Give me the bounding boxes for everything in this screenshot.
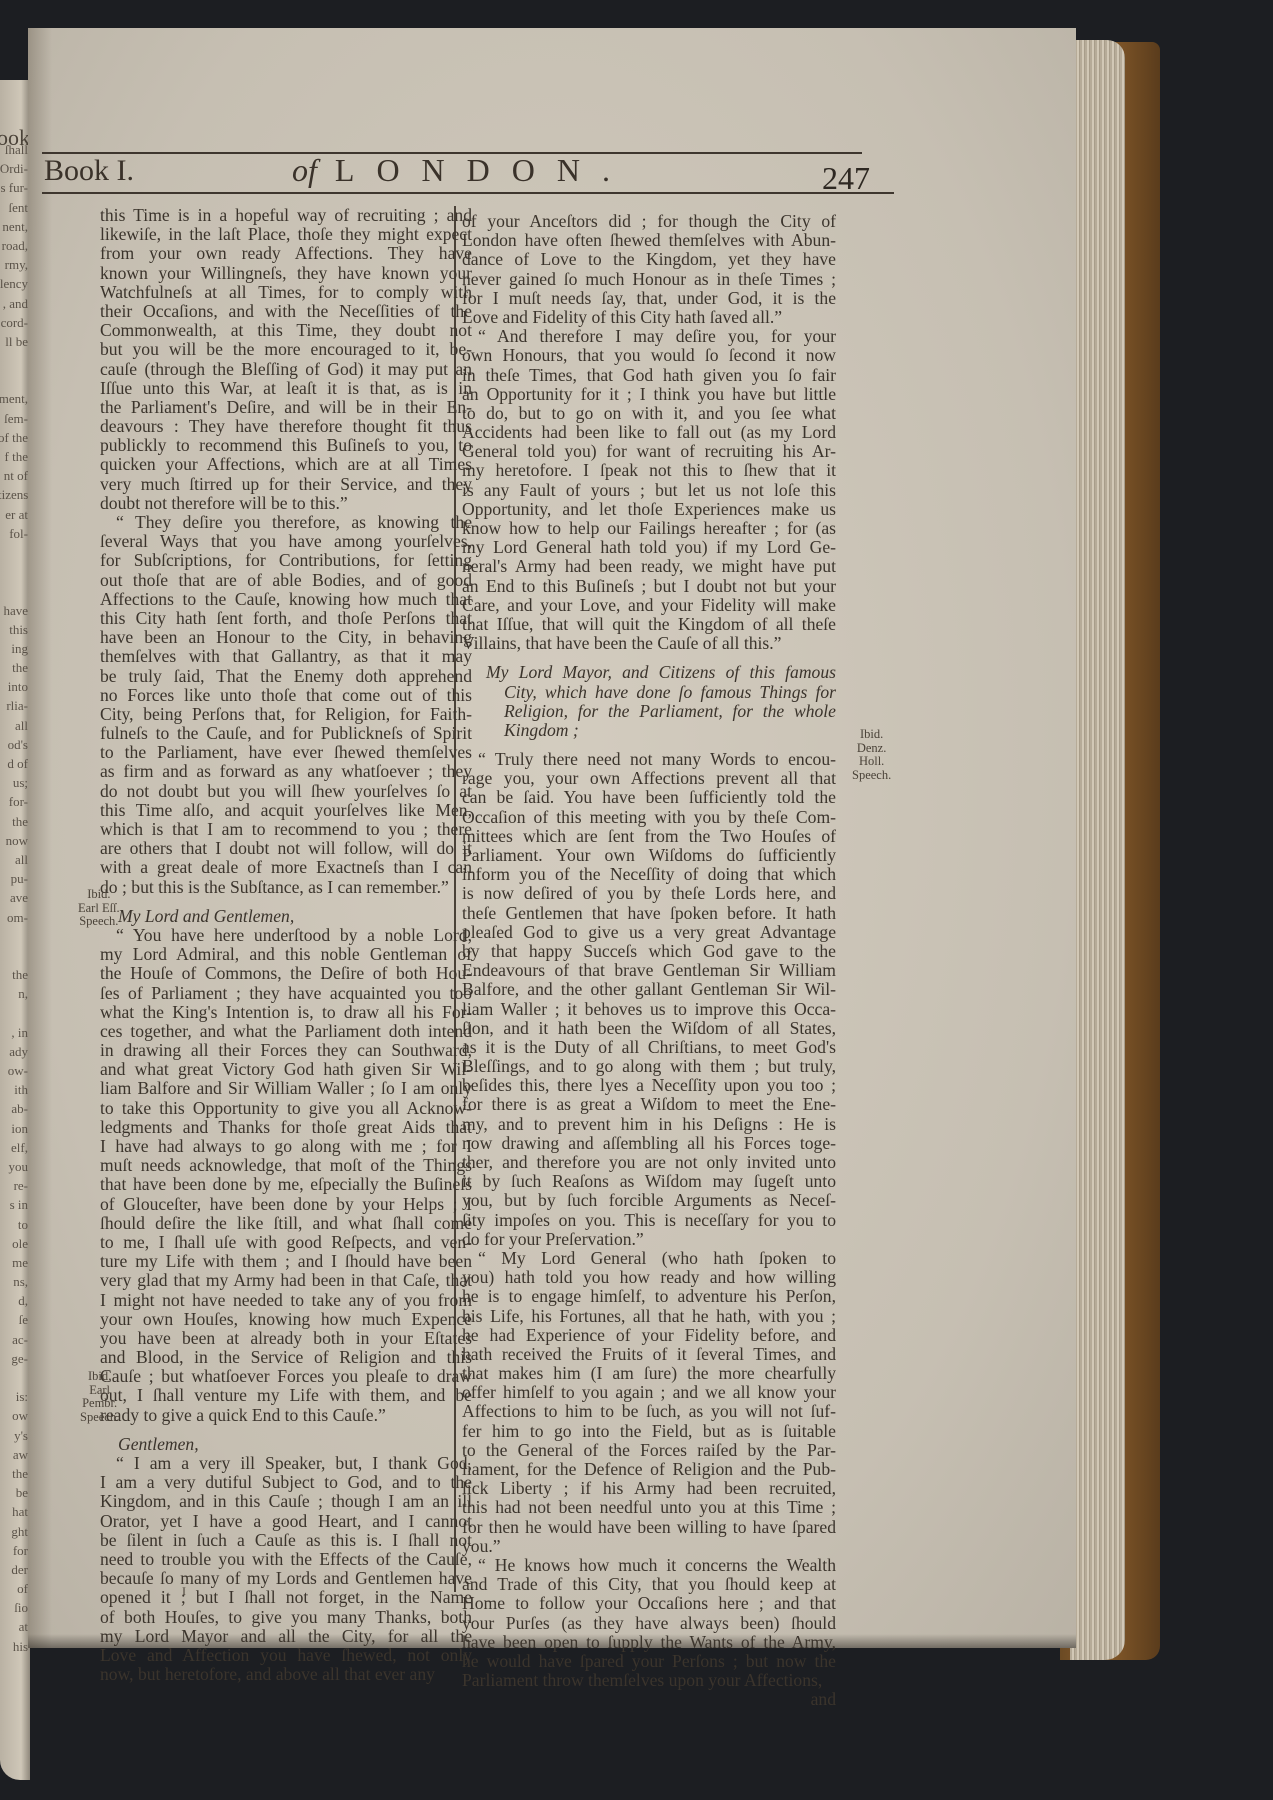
text-line: Orator, yet I have a good Heart, and I c… <box>100 1512 472 1531</box>
previous-page-line: hat <box>0 1502 28 1521</box>
previous-page-line: ady <box>0 1042 28 1061</box>
previous-page-line: fol- <box>0 524 28 543</box>
text-line: publickly to recommend this Buſineſs to … <box>100 436 472 455</box>
text-line: ſes of Parliament ; they have acquainted… <box>100 984 472 1003</box>
text-line: need to trouble you with the Effects of … <box>100 1550 472 1569</box>
previous-page-line: ſem- <box>0 409 28 428</box>
paragraph: this Time is in a hopeful way of recruit… <box>100 206 472 513</box>
text-line: that Iſſue, that will quit the Kingdom o… <box>462 615 836 634</box>
text-line: “ My Lord General (who hath ſpoken to <box>462 1249 836 1268</box>
paragraph: “ I am a very ill Speaker, but, I thank … <box>100 1454 472 1684</box>
text-line: ture my Life with them ; and I ſhould ha… <box>100 1252 472 1271</box>
text-line: of both Houſes, to give you many Thanks,… <box>100 1608 472 1627</box>
text-line: doubt not therefore will be to this.” <box>100 494 472 513</box>
previous-page-line: ow- <box>0 1061 28 1080</box>
text-line: in theſe Times, that God hath given you … <box>462 366 836 385</box>
text-line: Cauſe ; but whatſoever Forces you pleaſe… <box>100 1367 472 1386</box>
text-line: Religion, for the Parliament, for the wh… <box>486 702 836 721</box>
previous-page-line: at <box>0 1617 28 1636</box>
previous-page-line: ow <box>0 1406 28 1425</box>
text-line: theſe Gentlemen that have ſpoken before.… <box>462 904 836 923</box>
previous-page-line: re- <box>0 1176 28 1195</box>
text-line: quicken your Affections, which are at al… <box>100 455 472 474</box>
text-line: ſeveral Ways that you have among yourſel… <box>100 532 472 551</box>
previous-page-line <box>0 351 28 370</box>
previous-page-line: ion <box>0 1119 28 1138</box>
text-line: Care, and your Love, and your Fidelity w… <box>462 596 836 615</box>
text-line: I might not have needed to take any of y… <box>100 1291 472 1310</box>
previous-page-line: y's <box>0 1426 28 1445</box>
text-line: he had Experience of your Fidelity befor… <box>462 1326 836 1345</box>
text-line: as it is the Duty of all Chriſtians, to … <box>462 1038 836 1057</box>
previous-page-line: into <box>0 677 28 696</box>
previous-page-line <box>0 370 28 389</box>
right-column: of your Anceſtors did ; for though the C… <box>462 212 836 1709</box>
margin-note-line: Ibid. <box>852 728 891 742</box>
text-line: from your own ready Affections. They hav… <box>100 244 472 263</box>
text-line: Parliament. Your own Wiſdoms do ſufficie… <box>462 846 836 865</box>
text-line: but you will be the more encouraged to i… <box>100 340 472 359</box>
previous-page-line: the <box>0 658 28 677</box>
text-line: I have had always to go along with me ; … <box>100 1137 472 1156</box>
text-line: inform you of the Neceſſity of doing tha… <box>462 865 836 884</box>
margin-note-line: Speech. <box>852 769 891 783</box>
text-line: ledgments and Thanks for thoſe great Aid… <box>100 1118 472 1137</box>
text-line: for I muſt needs ſay, that, under God, i… <box>462 289 836 308</box>
margin-note-essex: Ibid.Earl Eſſ.Speech. <box>78 888 120 929</box>
text-line: “ I am a very ill Speaker, but, I thank … <box>100 1454 472 1473</box>
text-line: that makes him (I am ſure) the more chea… <box>462 1364 836 1383</box>
text-line: which is that I am to recommend to you ;… <box>100 820 472 839</box>
margin-note-line: Earl <box>80 1384 119 1398</box>
previous-page-line: ll be <box>0 332 28 351</box>
text-line: becauſe ſo many of my Lords and Gentleme… <box>100 1569 472 1588</box>
text-line: never gained ſo much Honour as in theſe … <box>462 270 836 289</box>
text-line: no Forces like unto thoſe that come out … <box>100 686 472 705</box>
text-line: neral's Army had been ready, we might ha… <box>462 557 836 576</box>
title-london: LONDON. <box>335 152 632 188</box>
text-line: in drawing all their Forces they can Sou… <box>100 1041 472 1060</box>
previous-page-fragment: Book ſhallOrdi-s fur-ſentnent,road,rmy,l… <box>0 80 30 1780</box>
section-heading: My Lord Mayor, and Citizens of this famo… <box>462 663 836 740</box>
text-line: Affections to the Cauſe, knowing how muc… <box>100 590 472 609</box>
previous-page-line: ſent <box>0 198 28 217</box>
previous-page-line <box>0 1003 28 1022</box>
text-line: for then he would have been willing to h… <box>462 1518 836 1537</box>
previous-page-line <box>0 543 28 562</box>
previous-page-line: lency <box>0 274 28 293</box>
previous-page-line <box>0 1368 28 1387</box>
title-of: of <box>292 152 317 188</box>
previous-page-line: all <box>0 716 28 735</box>
text-line: themſelves with that Gallantry, as that … <box>100 647 472 666</box>
margin-note-line: Speech. <box>78 915 120 929</box>
text-line: own Honours, that you would ſo ſecond it… <box>462 346 836 365</box>
text-line: mittees which are ſent from the Two Houſ… <box>462 827 836 846</box>
catchword: and <box>462 1690 836 1709</box>
previous-page-line <box>0 927 28 946</box>
margin-note-line: Denz. <box>852 742 891 756</box>
previous-page-line: the <box>0 1464 28 1483</box>
text-line: this Time is in a hopeful way of recruit… <box>100 206 472 225</box>
text-line: Love and Fidelity of this City hath ſave… <box>462 308 836 327</box>
text-line: Home to follow your Occaſions here ; and… <box>462 1594 836 1613</box>
paragraph: “ You have here underſtood by a noble Lo… <box>100 926 472 1425</box>
text-line: ces together, and what the Parliament do… <box>100 1022 472 1041</box>
previous-page-line: ole <box>0 1234 28 1253</box>
text-line: know how to help our Failings hereafter … <box>462 519 836 538</box>
text-line: opened it ; but I ſhall not forget, in t… <box>100 1588 472 1607</box>
previous-page-line: ave <box>0 888 28 907</box>
text-line: Villains, that have been the Cauſe of al… <box>462 634 836 653</box>
previous-page-line: ing <box>0 639 28 658</box>
previous-page-line: pu- <box>0 869 28 888</box>
text-line: is any Fault of yours ; but let us not l… <box>462 481 836 500</box>
section-heading: My Lord and Gentlemen, <box>100 907 472 926</box>
text-line: of Glouceſter, have been done by your He… <box>100 1195 472 1214</box>
text-line: rage you, your own Affections prevent al… <box>462 769 836 788</box>
previous-page-line: his <box>0 1637 28 1656</box>
signature-mark: I <box>182 1584 186 1599</box>
previous-page-line: ſio <box>0 1598 28 1617</box>
paragraph: of your Anceſtors did ; for though the C… <box>462 212 836 327</box>
previous-page-line: ac- <box>0 1330 28 1349</box>
margin-note-line: Pembr. <box>80 1397 119 1411</box>
text-line: ther, and therefore you are not only inv… <box>462 1153 836 1172</box>
text-line: likewiſe, in the laſt Place, thoſe they … <box>100 225 472 244</box>
previous-page-line: ght <box>0 1522 28 1541</box>
text-line: pleaſed God to give us a very great Adva… <box>462 923 836 942</box>
text-line: beſides this, there lyes a Neceſſity upo… <box>462 1076 836 1095</box>
text-line: Love and Affection you have ſhewed, not … <box>100 1646 472 1665</box>
previous-page-line <box>0 581 28 600</box>
text-line: Kingdom ; <box>486 721 836 740</box>
previous-page-line: elf, <box>0 1138 28 1157</box>
previous-page-line: the <box>0 812 28 831</box>
text-line: be ſilent in ſuch a Cauſe as this is. I … <box>100 1531 472 1550</box>
text-line: be truly ſaid, That the Enemy doth appre… <box>100 667 472 686</box>
text-line: and what great Victory God hath given Si… <box>100 1060 472 1079</box>
previous-page-line: for <box>0 1541 28 1560</box>
text-line: Occaſion of this meeting with you by the… <box>462 808 836 827</box>
previous-page-line: od's <box>0 735 28 754</box>
previous-page-line: rmy, <box>0 255 28 274</box>
text-line: is now deſired of you by theſe Lords her… <box>462 884 836 903</box>
previous-page-line: you <box>0 1157 28 1176</box>
text-line: Accidents had been like to fall out (as … <box>462 423 836 442</box>
text-line: My Lord Mayor, and Citizens of this famo… <box>486 663 836 682</box>
text-line: ſhould deſire the like ſtill, and what ſ… <box>100 1214 472 1233</box>
text-line: with a great deale of more Exactneſs tha… <box>100 858 472 877</box>
text-line: to the Parliament, have ever ſhewed them… <box>100 743 472 762</box>
previous-page-line: ſe <box>0 1310 28 1329</box>
text-line: your Purſes (as they have always been) ſ… <box>462 1614 836 1633</box>
text-line: and Blood, in the Service of Religion an… <box>100 1348 472 1367</box>
text-line: deavours : They have therefore thought f… <box>100 417 472 436</box>
text-line: liam Balfore and Sir William Waller ; ſo… <box>100 1079 472 1098</box>
text-line: Parliament throw themſelves upon your Af… <box>462 1671 836 1690</box>
section-heading: Gentlemen, <box>100 1435 472 1454</box>
text-line: have been an Honour to the City, in beha… <box>100 628 472 647</box>
previous-page-line: be <box>0 1483 28 1502</box>
text-line: for Subſcriptions, for Contributions, fo… <box>100 551 472 570</box>
text-line: this City hath ſent forth, and thoſe Per… <box>100 609 472 628</box>
previous-page-line: now <box>0 831 28 850</box>
text-line: my, and to prevent him in his Deſigns : … <box>462 1115 836 1134</box>
text-line: are others that I doubt not will follow,… <box>100 839 472 858</box>
previous-page-line: ſhall <box>0 140 28 159</box>
previous-page-line: er at <box>0 505 28 524</box>
paragraph: “ My Lord General (who hath ſpoken toyou… <box>462 1249 836 1556</box>
text-line: very much ſtirred up for their Service, … <box>100 475 472 494</box>
previous-page-line: f the <box>0 447 28 466</box>
previous-page-line: this <box>0 620 28 639</box>
text-line: by that happy Succeſs which God gave to … <box>462 942 836 961</box>
text-line: what the King's Intention is, to draw al… <box>100 1003 472 1022</box>
text-line: he is to engage himſelf, to adventure hi… <box>462 1287 836 1306</box>
previous-page-line: me <box>0 1253 28 1272</box>
paragraph: “ Truly there need not many Words to enc… <box>462 750 836 1249</box>
text-line: their Occaſions, and with the Neceſſitie… <box>100 302 472 321</box>
margin-note-line: Holl. <box>852 755 891 769</box>
margin-note-pembroke: Ibid.EarlPembr.Speech. <box>80 1370 119 1424</box>
text-line: Affections to him to be ſuch, as you wil… <box>462 1402 836 1421</box>
text-line: you) hath told you how ready and how wil… <box>462 1268 836 1287</box>
text-line: ready to give a quick End to this Cauſe.… <box>100 1406 472 1425</box>
text-line: London have often ſhewed themſelves with… <box>462 231 836 250</box>
text-line: that have been done by me, eſpecially th… <box>100 1175 472 1194</box>
text-line: fulneſs to the Cauſe, and for Publickneſ… <box>100 724 472 743</box>
paragraph: “ And therefore I may deſire you, for yo… <box>462 327 836 653</box>
previous-page-line: , in <box>0 1023 28 1042</box>
previous-page-line: rlia- <box>0 696 28 715</box>
text-line: liam Waller ; it behoves us to improve t… <box>462 1000 836 1019</box>
margin-note-line: Earl Eſſ. <box>78 902 120 916</box>
page-title: ofLONDON. <box>292 152 632 189</box>
text-line: as firm and as forward as any whatſoever… <box>100 762 472 781</box>
text-line: out thoſe that are of able Bodies, and o… <box>100 571 472 590</box>
previous-page-line: for- <box>0 792 28 811</box>
text-line: you have been at already both in your Eſ… <box>100 1329 472 1348</box>
previous-page-line: of <box>0 1579 28 1598</box>
previous-page-line: ment, <box>0 389 28 408</box>
previous-page-line: der <box>0 1560 28 1579</box>
previous-page-line: tizens <box>0 485 28 504</box>
text-line: Commonwealth, at this Time, they doubt n… <box>100 321 472 340</box>
text-line: this Time alſo, and acquit yourſelves li… <box>100 801 472 820</box>
text-line: now drawing and aſſembling all his Force… <box>462 1134 836 1153</box>
text-line: cauſe (through the Bleſſing of God) it m… <box>100 360 472 379</box>
previous-page-line: us; <box>0 773 28 792</box>
text-line: the Parliament's Deſire, and will be in … <box>100 398 472 417</box>
text-line: City, being Perſons that, for Religion, … <box>100 705 472 724</box>
text-line: your own Houſes, knowing how much Expenc… <box>100 1310 472 1329</box>
previous-page-line: is: <box>0 1387 28 1406</box>
previous-page-line: , and <box>0 294 28 313</box>
text-line: Bleſſings, and to go along with them ; b… <box>462 1057 836 1076</box>
text-line: offer himſelf to you again ; and we all … <box>462 1383 836 1402</box>
text-line: of your Anceſtors did ; for though the C… <box>462 212 836 231</box>
text-line: Endeavours of that brave Gentleman Sir W… <box>462 961 836 980</box>
previous-page-line: ab- <box>0 1099 28 1118</box>
text-line: liament, for the Defence of Religion and… <box>462 1460 836 1479</box>
previous-page-line: all <box>0 850 28 869</box>
text-line: an Opportunity for it ; I think you have… <box>462 385 836 404</box>
text-line: my heretofore. I ſpeak not this to ſhew … <box>462 461 836 480</box>
previous-page-line: om- <box>0 908 28 927</box>
text-line: known your Willingneſs, they have known … <box>100 264 472 283</box>
text-line: he would have ſpared your Perſons ; but … <box>462 1652 836 1671</box>
paragraph: “ They deſire you therefore, as knowing … <box>100 513 472 897</box>
text-line: you.” <box>462 1537 836 1556</box>
text-line: “ You have here underſtood by a noble Lo… <box>100 926 472 945</box>
margin-note-holles: Ibid.Denz.Holl.Speech. <box>852 728 891 782</box>
text-line: I am a very dutiful Subject to God, and … <box>100 1473 472 1492</box>
previous-page-line: d of <box>0 754 28 773</box>
page-fore-edge <box>1070 40 1125 1660</box>
text-line: “ And therefore I may deſire you, for yo… <box>462 327 836 346</box>
text-line: to take this Opportunity to give you all… <box>100 1099 472 1118</box>
text-line: his Life, his Fortunes, all that he hath… <box>462 1307 836 1326</box>
text-line: to the General of the Forces raiſed by t… <box>462 1441 836 1460</box>
previous-page-line: s fur- <box>0 178 28 197</box>
text-line: my Lord General hath told you) if my Lor… <box>462 538 836 557</box>
previous-page-line: of the <box>0 428 28 447</box>
previous-page-line: road, <box>0 236 28 255</box>
text-line: ſity impoſes on you. This is neceſſary f… <box>462 1211 836 1230</box>
text-line: an End to this Buſineſs ; but I doubt no… <box>462 577 836 596</box>
previous-page-line <box>0 946 28 965</box>
text-line: hath received the Fruits of it ſeveral T… <box>462 1345 836 1364</box>
previous-page-line <box>0 562 28 581</box>
text-line: General told you) for want of recruiting… <box>462 442 836 461</box>
text-line: for there is as great a Wiſdom to meet t… <box>462 1095 836 1114</box>
text-line: Kingdom, and in this Cauſe ; though I am… <box>100 1492 472 1511</box>
previous-page-line: nent, <box>0 217 28 236</box>
text-line: dance of Love to the Kingdom, yet they h… <box>462 250 836 269</box>
text-line: do not doubt but you will ſhew yourſelve… <box>100 782 472 801</box>
previous-page-text: ſhallOrdi-s fur-ſentnent,road,rmy,lency,… <box>0 140 28 1656</box>
text-line: my Lord Mayor and all the City, for all … <box>100 1627 472 1646</box>
previous-page-line: to <box>0 1215 28 1234</box>
previous-page-line: aw <box>0 1445 28 1464</box>
previous-page-line: n, <box>0 984 28 1003</box>
text-line: “ He knows how much it concerns the Weal… <box>462 1556 836 1575</box>
text-line: “ They deſire you therefore, as knowing … <box>100 513 472 532</box>
text-line: to me, I ſhall uſe with good Reſpects, a… <box>100 1233 472 1252</box>
previous-page-line: ns, <box>0 1272 28 1291</box>
text-line: fer him to go into the Field, but as is … <box>462 1422 836 1441</box>
previous-page-line: cord- <box>0 313 28 332</box>
text-line: Opportunity, and let thoſe Experiences m… <box>462 500 836 519</box>
previous-page-line: ge- <box>0 1349 28 1368</box>
left-column: this Time is in a hopeful way of recruit… <box>100 206 472 1684</box>
text-line: “ Truly there need not many Words to enc… <box>462 750 836 769</box>
text-line: this had not been needful unto you at th… <box>462 1498 836 1517</box>
text-line: it by ſuch Reaſons as Wiſdom may ſugeſt … <box>462 1172 836 1191</box>
text-line: do for your Preſervation.” <box>462 1230 836 1249</box>
header-rule-bottom <box>42 192 894 194</box>
text-line: Watchfulneſs at all Times, for to comply… <box>100 283 472 302</box>
text-line: my Lord Admiral, and this noble Gentlema… <box>100 945 472 964</box>
text-line: the Houſe of Commons, the Deſire of both… <box>100 964 472 983</box>
book-label: Book I. <box>44 154 134 188</box>
text-line: to do, but to go on with it, and you ſee… <box>462 404 836 423</box>
previous-page-line: ith <box>0 1080 28 1099</box>
text-line: lick Liberty ; if his Army had been recr… <box>462 1479 836 1498</box>
text-line: Iſſue unto this War, at leaſt it is that… <box>100 379 472 398</box>
text-line: and Trade of this City, that you ſhould … <box>462 1575 836 1594</box>
text-line: ſion, and it hath been the Wiſdom of all… <box>462 1019 836 1038</box>
previous-page-line: have <box>0 601 28 620</box>
text-line: now, but heretofore, and above all that … <box>100 1665 472 1684</box>
paragraph: “ He knows how much it concerns the Weal… <box>462 1556 836 1690</box>
margin-note-line: Ibid. <box>80 1370 119 1384</box>
text-line: City, which have done ſo famous Things f… <box>486 683 836 702</box>
running-head: Book I. ofLONDON. 247 <box>42 122 894 200</box>
previous-page-line: Ordi- <box>0 159 28 178</box>
text-line: very glad that my Army had been in that … <box>100 1271 472 1290</box>
previous-page-line: the <box>0 965 28 984</box>
margin-note-line: Ibid. <box>78 888 120 902</box>
previous-page-line: d, <box>0 1291 28 1310</box>
text-line: have been open to ſupply the Wants of th… <box>462 1633 836 1652</box>
text-line: out, I ſhall venture my Life with them, … <box>100 1386 472 1405</box>
text-line: can be ſaid. You have been ſufficiently … <box>462 788 836 807</box>
text-line: muſt needs acknowledge, that moſt of the… <box>100 1156 472 1175</box>
previous-page-line: nt of <box>0 466 28 485</box>
margin-note-line: Speech. <box>80 1411 119 1425</box>
text-line: you, but by ſuch forcible Arguments as N… <box>462 1191 836 1210</box>
text-line: do ; but this is the Subſtance, as I can… <box>100 878 472 897</box>
previous-page-line: s in <box>0 1195 28 1214</box>
text-line: Balfore, and the other gallant Gentleman… <box>462 980 836 999</box>
